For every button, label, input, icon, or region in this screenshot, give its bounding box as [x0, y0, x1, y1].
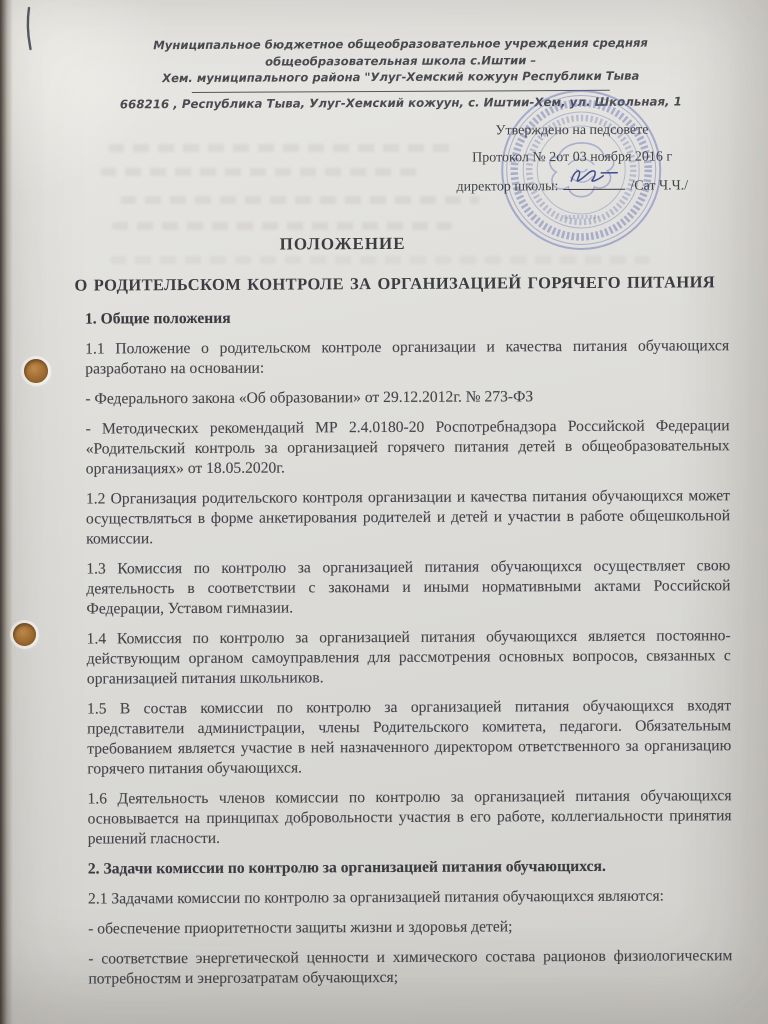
body-blocks: 1. Общие положения1.1 Положение о родите…	[85, 306, 733, 989]
director-label: директор школы:	[456, 179, 558, 195]
paragraph: 1.3 Комиссия по контролю за организацией…	[86, 556, 730, 619]
letterhead-rule	[192, 89, 610, 92]
document-title: ПОЛОЖЕНИЕ	[21, 232, 665, 257]
approved-line: Утверждено на педсовете	[426, 122, 718, 140]
paragraph: 1.2 Организация родительского контроля о…	[86, 486, 730, 549]
document-photo: Муниципальное бюджетное общеобразователь…	[0, 0, 768, 1024]
paragraph: 1.4 Комиссия по контролю за организацией…	[87, 626, 731, 689]
letterhead: Муниципальное бюджетное общеобразователь…	[78, 34, 724, 112]
paragraph: - обеспечение приоритетности защиты жизн…	[88, 916, 732, 939]
paragraph: 2.1 Задачами комиссии по контролю за орг…	[88, 886, 732, 909]
paragraph: 1.6 Деятельность членов комиссии по конт…	[87, 786, 731, 849]
paragraph: - Методических рекомендаций МР 2.4.0180-…	[86, 416, 730, 479]
paragraph: 1.5 В состав комиссии по контролю за орг…	[87, 696, 731, 779]
paragraph: - Федерального закона «Об образовании» о…	[85, 386, 729, 409]
section-heading: 1. Общие положения	[85, 306, 729, 329]
document-page: Муниципальное бюджетное общеобразователь…	[0, 0, 768, 1024]
director-line: директор школы: /Сат Ч.Ч./	[426, 176, 718, 196]
signature-line	[563, 177, 625, 190]
document-subtitle: О РОДИТЕЛЬСКОМ КОНТРОЛЕ ЗА ОРГАНИЗАЦИЕЙ …	[73, 271, 717, 296]
document-body: ПОЛОЖЕНИЕ О РОДИТЕЛЬСКОМ КОНТРОЛЕ ЗА ОРГ…	[85, 231, 733, 999]
org-name-line-2: Хем. муниципального района "Улуг-Хемский…	[78, 67, 724, 87]
protocol-line: Протокол № 2от 03 ноября 2016 г	[426, 149, 718, 167]
director-signature	[565, 166, 623, 186]
director-name: /Сат Ч.Ч./	[630, 178, 688, 193]
paragraph: 1.1 Положение о родительском контроле ор…	[85, 336, 729, 379]
section-heading: 2. Задачи комиссии по контролю за органи…	[88, 856, 732, 879]
org-name-line-1: Муниципальное бюджетное общеобразователь…	[78, 34, 724, 70]
address-line: 668216 , Республика Тыва, Улуг-Хемский к…	[78, 93, 724, 113]
approval-block: Утверждено на педсовете Протокол № 2от 0…	[426, 122, 718, 207]
paragraph: - соответствие энергетической ценности и…	[88, 946, 732, 989]
